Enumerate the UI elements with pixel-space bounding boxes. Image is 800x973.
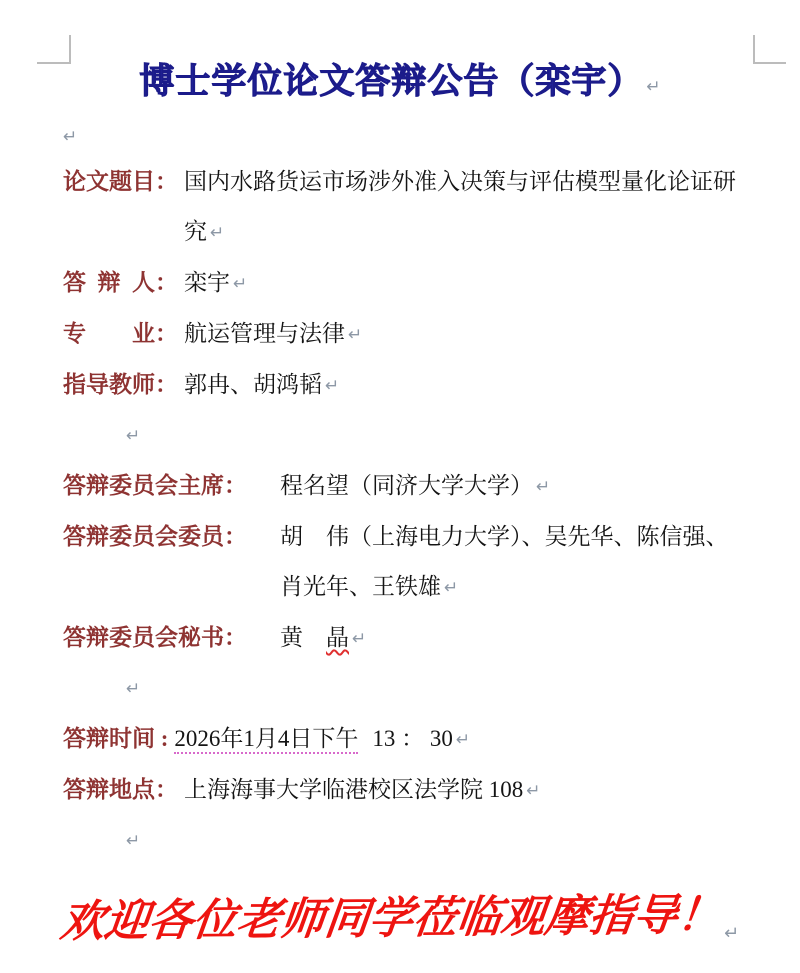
defense-clock-time: 13 ： 30 [372,726,453,751]
paragraph-mark-icon: ↵ [126,426,140,446]
paragraph-mark-icon: ↵ [126,679,140,699]
paragraph-mark-icon: ↵ [126,831,140,851]
paragraph-mark-icon: ↵ [646,77,660,97]
defense-place-row: 答辩地点： 上海海事大学临港校区法学院 108↵ [63,765,750,816]
thesis-title-value: 国内水路货运市场涉外准入决策与评估模型量化论证研究↵ [184,157,746,258]
welcome-banner: 欢迎各位老师同学莅临观摩指导！↵ [0,888,800,965]
defense-date-inserted-text: 2026年1月4日下午 [174,726,358,754]
page-title-text: 博士学位论文答辩公告（栾宇） [139,62,643,102]
paragraph-mark-icon: ↵ [526,781,540,801]
paragraph-mark-icon: ↵ [348,325,362,345]
defender-name: 栾宇 [184,270,230,295]
defense-place-value: 上海海事大学临港校区法学院 108↵ [184,765,541,816]
committee-secretary-name-prefix: 黄 [280,625,326,650]
welcome-banner-text: 欢迎各位老师同学莅临观摩指导！ [57,885,725,954]
paragraph-mark-icon: ↵ [210,223,224,243]
committee-members-row: 答辩委员会委员： 胡 伟（上海电力大学）、吴先华、陈信强、肖光年、王铁雄↵ [63,512,750,613]
paragraph-mark-icon: ↵ [233,274,247,294]
major-text: 航运管理与法律 [184,321,345,346]
committee-chair-name: 程名望（同济大学大学） [280,473,533,498]
committee-secretary-row: 答辩委员会秘书： 黄 晶↵ [63,613,750,664]
empty-paragraph: ↵ [63,411,750,461]
thesis-title-text: 国内水路货运市场涉外准入决策与评估模型量化论证研究 [184,169,736,244]
paragraph-mark-icon: ↵ [352,629,366,649]
thesis-title-row: 论文题目： 国内水路货运市场涉外准入决策与评估模型量化论证研究↵ [63,157,750,258]
defense-place-text: 上海海事大学临港校区法学院 108 [184,777,523,802]
committee-members-label: 答辩委员会委员： [63,512,280,562]
supervisor-label: 指导教师： [63,360,178,410]
defender-value: 栾宇↵ [184,258,247,309]
defense-time-row: 答辩时间 : 2026年1月4日下午13 ： 30↵ [63,714,750,765]
empty-paragraph: ↵ [0,117,800,157]
committee-chair-label: 答辩委员会主席： [63,461,280,511]
margin-crop-mark-top-left [37,35,71,64]
defender-label: 答 辩 人： [63,258,178,308]
defense-place-label: 答辩地点： [63,765,178,815]
empty-paragraph: ↵ [63,664,750,714]
committee-secretary-value: 黄 晶↵ [280,613,366,664]
margin-crop-mark-top-right [753,35,786,64]
major-value: 航运管理与法律↵ [184,309,362,360]
page-title: 博士学位论文答辩公告（栾宇）↵ [0,52,800,117]
defense-time-value: 2026年1月4日下午13 ： 30↵ [174,714,470,765]
committee-chair-row: 答辩委员会主席： 程名望（同济大学大学）↵ [63,461,750,512]
supervisor-names: 郭冉、胡鸿韬 [184,372,322,397]
paragraph-mark-icon: ↵ [444,578,458,598]
major-label: 专 业： [63,309,178,359]
paragraph-mark-icon: ↵ [536,477,550,497]
supervisor-value: 郭冉、胡鸿韬↵ [184,360,339,411]
defense-time-label: 答辩时间 : [63,714,168,764]
committee-members-value: 胡 伟（上海电力大学）、吴先华、陈信强、肖光年、王铁雄↵ [280,512,745,613]
document-body: 论文题目： 国内水路货运市场涉外准入决策与评估模型量化论证研究↵ 答 辩 人： … [0,157,800,866]
paragraph-mark-icon: ↵ [63,127,77,147]
thesis-title-label: 论文题目： [63,157,178,207]
supervisor-row: 指导教师： 郭冉、胡鸿韬↵ [63,360,750,411]
major-row: 专 业： 航运管理与法律↵ [63,309,750,360]
paragraph-mark-icon: ↵ [724,923,739,944]
defender-row: 答 辩 人： 栾宇↵ [63,258,750,309]
committee-secretary-label: 答辩委员会秘书： [63,613,280,663]
committee-members-names: 胡 伟（上海电力大学）、吴先华、陈信强、肖光年、王铁雄 [280,524,729,599]
committee-chair-value: 程名望（同济大学大学）↵ [280,461,550,512]
document-page: 博士学位论文答辩公告（栾宇）↵ ↵ 论文题目： 国内水路货运市场涉外准入决策与评… [0,0,800,973]
committee-secretary-name-spellcheck: 晶 [326,625,349,650]
paragraph-mark-icon: ↵ [325,376,339,396]
paragraph-mark-icon: ↵ [456,730,470,750]
empty-paragraph: ↵ [63,816,750,866]
